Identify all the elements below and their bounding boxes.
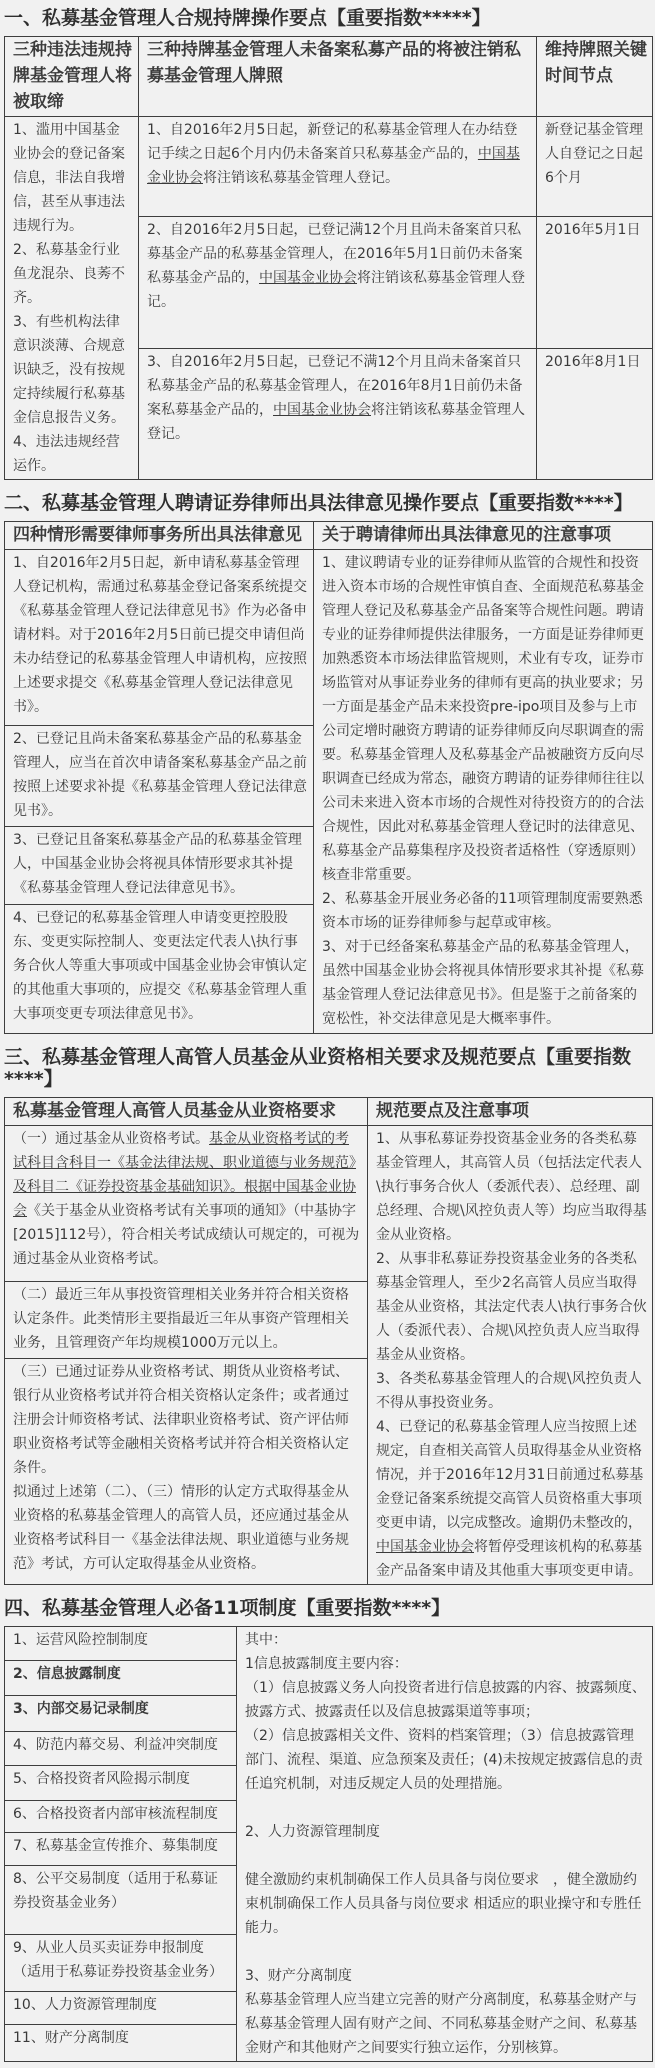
section2-title: 二、私募基金管理人聘请证券律师出具法律意见操作要点【重要指数****】	[4, 492, 653, 514]
cell-text: 《关于基金从业资格考试有关事项的通知》（中基协字[2015]112号），符合相关…	[13, 1203, 359, 1267]
s4-item-8: 8、公平交易制度（适用于私募证券投资基金业务）	[5, 1866, 237, 1935]
note-item: 3、财产分离制度	[245, 1964, 647, 1988]
cell-text: （三）已通过证券从业资格考试、期货从业资格考试、银行从业资格考试并符合相关资格认…	[13, 1360, 362, 1480]
s2-left-row4: 4、已登记的私募基金管理人申请变更控股股东、变更实际控制人、变更法定代表人\执行…	[5, 905, 314, 1034]
s3-left-row2: （二）最近三年从事投资管理相关业务并符合相关资格认定条件。此类情形主要指最近三年…	[5, 1282, 368, 1358]
note-item: 3、各类私募基金管理人的合规\风控负责人不得从事投资业务。	[376, 1367, 647, 1415]
list-item: 4、违法违规经营运作。	[13, 430, 133, 478]
s3-left-row3: （三）已通过证券从业资格考试、期货从业资格考试、银行从业资格考试并符合相关资格认…	[5, 1358, 368, 1584]
note-item: （2）信息披露相关文件、资料的档案管理；（3）信息披露管理部门、流程、渠道、应急…	[245, 1724, 647, 1796]
table-header-row: 四种情形需要律师事务所出具法律意见 关于聘请律师出具法律意见的注意事项	[5, 522, 653, 550]
s1-left-cell: 1、滥用中国基金业协会的登记备案信息，非法自我增信，甚至从事违法违规行为。 2、…	[5, 117, 139, 480]
s1-header-deadline: 维持牌照关键时间节点	[537, 37, 653, 117]
s4-right-cell: 其中： 1信息披露制度主要内容： （1）信息披露义务人向投资者进行信息披露的内容…	[237, 1627, 653, 2062]
s4-item-6: 6、合格投资者内部审核流程制度	[5, 1800, 237, 1832]
s4-item-1: 1、运营风险控制制度	[5, 1627, 237, 1661]
note-item: 2、私募基金开展业务必备的11项管理制度需要熟悉资本市场的证券律师参与起草或审核…	[322, 887, 647, 935]
amac-link[interactable]: 中国基金业协会	[259, 270, 357, 286]
cell-text: 1、自2016年2月5日起，新登记的私募基金管理人在办结登记手续之日起6个月内仍…	[147, 122, 517, 162]
s3-header-right: 规范要点及注意事项	[368, 1098, 653, 1126]
s4-item-10: 10、人力资源管理制度	[5, 1991, 237, 2024]
s3-right-cell: 1、从事私募证券投资基金业务的各类私募基金管理人，其高管人员（包括法定代表人\执…	[368, 1126, 653, 1585]
section2-table: 四种情形需要律师事务所出具法律意见 关于聘请律师出具法律意见的注意事项 1、自2…	[4, 521, 653, 1034]
note-item: 1、建议聘请专业的证券律师从监管的合规性和投资进入资本市场的合规性审慎自查、全面…	[322, 551, 647, 887]
cell-text: 将注销该私募基金管理人登记。	[203, 170, 399, 186]
s4-item-4: 4、防范内幕交易、利益冲突制度	[5, 1731, 237, 1765]
s2-header-right: 关于聘请律师出具法律意见的注意事项	[314, 522, 653, 550]
table-row: 1、运营风险控制制度 其中： 1信息披露制度主要内容： （1）信息披露义务人向投…	[5, 1627, 653, 1661]
s1-row2-time-cell: 2016年5月1日	[537, 217, 653, 349]
section1-title: 一、私募基金管理人合规持牌操作要点【重要指数*****】	[4, 7, 653, 29]
section4-title: 四、私募基金管理人必备11项制度【重要指数****】	[4, 1597, 653, 1619]
note-item: 2、人力资源管理制度	[245, 1820, 647, 1844]
note-item: 3、对于已经备案私募基金产品的私募基金管理人，虽然中国基金业协会将视具体情形要求…	[322, 935, 647, 1031]
cell-text: （一）通过基金从业资格考试。	[13, 1131, 209, 1147]
s4-item-5: 5、合格投资者风险揭示制度	[5, 1766, 237, 1800]
s2-header-left: 四种情形需要律师事务所出具法律意见	[5, 522, 314, 550]
note-item: 1、从事私募证券投资基金业务的各类私募基金管理人，其高管人员（包括法定代表人\执…	[376, 1127, 647, 1247]
table-row: （一）通过基金从业资格考试。基金从业资格考试的考试科目含科目一《基金法律法规、职…	[5, 1126, 653, 1282]
table-header-row: 私募基金管理人高管人员基金从业资格要求 规范要点及注意事项	[5, 1098, 653, 1126]
list-item: 2、私募基金行业鱼龙混杂、良莠不齐。	[13, 238, 133, 310]
s2-left-row1: 1、自2016年2月5日起，新申请私募基金管理人登记机构，需通过私募基金登记备案…	[5, 550, 314, 726]
s1-row1-time-cell: 新登记基金管理人自登记之日起6个月	[537, 117, 653, 217]
list-item: 3、有些机构法律意识淡薄、合规意识缺乏，没有按规定持续履行私募基金信息报告义务。	[13, 310, 133, 430]
s4-item-7: 7、私募基金宣传推介、募集制度	[5, 1832, 237, 1865]
s1-header-revoked: 三种持牌基金管理人未备案私募产品的将被注销私募基金管理人牌照	[139, 37, 537, 117]
amac-link[interactable]: 中国基金业协会	[376, 1539, 474, 1555]
section3-table: 私募基金管理人高管人员基金从业资格要求 规范要点及注意事项 （一）通过基金从业资…	[4, 1097, 653, 1585]
s4-item-9: 9、从业人员买卖证券申报制度（适用于私募证券投资基金业务）	[5, 1935, 237, 1992]
cell-text: 4、已登记的私募基金管理人应当按照上述规定，自查相关高管人员取得基金从业资格情况…	[376, 1419, 643, 1531]
note-item: 4、已登记的私募基金管理人应当按照上述规定，自查相关高管人员取得基金从业资格情况…	[376, 1415, 647, 1583]
s1-row1-main-cell: 1、自2016年2月5日起，新登记的私募基金管理人在办结登记手续之日起6个月内仍…	[139, 117, 537, 217]
table-header-row: 三种违法违规持牌基金管理人将被取缔 三种持牌基金管理人未备案私募产品的将被注销私…	[5, 37, 653, 117]
s1-row3-time-cell: 2016年8月1日	[537, 349, 653, 480]
s3-header-left: 私募基金管理人高管人员基金从业资格要求	[5, 1098, 368, 1126]
s1-row2-main-cell: 2、自2016年2月5日起，已登记满12个月且尚未备案首只私募基金产品的私募基金…	[139, 217, 537, 349]
note-item: 其中：	[245, 1628, 647, 1652]
s2-left-row3: 3、已登记且备案私募基金产品的私募基金管理人，中国基金业协会将视具体情形要求其补…	[5, 827, 314, 905]
document: 一、私募基金管理人合规持牌操作要点【重要指数*****】 三种违法违规持牌基金管…	[0, 0, 655, 2068]
s4-item-3: 3、内部交易记录制度	[5, 1695, 237, 1731]
cell-text: 拟通过上述第（二）、（三）情形的认定方式取得基金从业资格的私募基金管理人的高管人…	[13, 1480, 362, 1576]
s1-row3-main-cell: 3、自2016年2月5日起，已登记不满12个月且尚未备案首只私募基金产品的私募基…	[139, 349, 537, 480]
note-item: 私募基金管理人应当建立完善的财产分离制度，私募基金财产与私募基金管理人固有财产之…	[245, 1988, 647, 2060]
s3-left-row1: （一）通过基金从业资格考试。基金从业资格考试的考试科目含科目一《基金法律法规、职…	[5, 1126, 368, 1282]
s4-item-11: 11、财产分离制度	[5, 2025, 237, 2062]
section3-title: 三、私募基金管理人高管人员基金从业资格相关要求及规范要点【重要指数****】	[4, 1046, 653, 1090]
list-item: 1、滥用中国基金业协会的登记备案信息，非法自我增信，甚至从事违法违规行为。	[13, 118, 133, 238]
s2-left-row2: 2、已登记且尚未备案私募基金产品的私募基金管理人，应当在首次申请备案私募基金产品…	[5, 726, 314, 827]
note-item: 健全激励约束机制确保工作人员具备与岗位要求 ，健全激励约束机制确保工作人员具备与…	[245, 1868, 647, 1940]
s1-header-banned: 三种违法违规持牌基金管理人将被取缔	[5, 37, 139, 117]
s4-item-2: 2、信息披露制度	[5, 1661, 237, 1695]
table-row: 1、滥用中国基金业协会的登记备案信息，非法自我增信，甚至从事违法违规行为。 2、…	[5, 117, 653, 217]
table-row: 1、自2016年2月5日起，新申请私募基金管理人登记机构，需通过私募基金登记备案…	[5, 550, 653, 726]
note-item: （1）信息披露义务人向投资者进行信息披露的内容、披露频度、披露方式、披露责任以及…	[245, 1676, 647, 1724]
note-item: 1信息披露制度主要内容：	[245, 1652, 647, 1676]
section4-table: 1、运营风险控制制度 其中： 1信息披露制度主要内容： （1）信息披露义务人向投…	[4, 1626, 653, 2062]
amac-link[interactable]: 中国基金业协会	[273, 402, 371, 418]
section1-table: 三种违法违规持牌基金管理人将被取缔 三种持牌基金管理人未备案私募产品的将被注销私…	[4, 36, 653, 480]
s2-right-cell: 1、建议聘请专业的证券律师从监管的合规性和投资进入资本市场的合规性审慎自查、全面…	[314, 550, 653, 1034]
note-item: 2、从事非私募证券投资基金业务的各类私募基金管理人，至少2名高管人员应当取得基金…	[376, 1247, 647, 1367]
